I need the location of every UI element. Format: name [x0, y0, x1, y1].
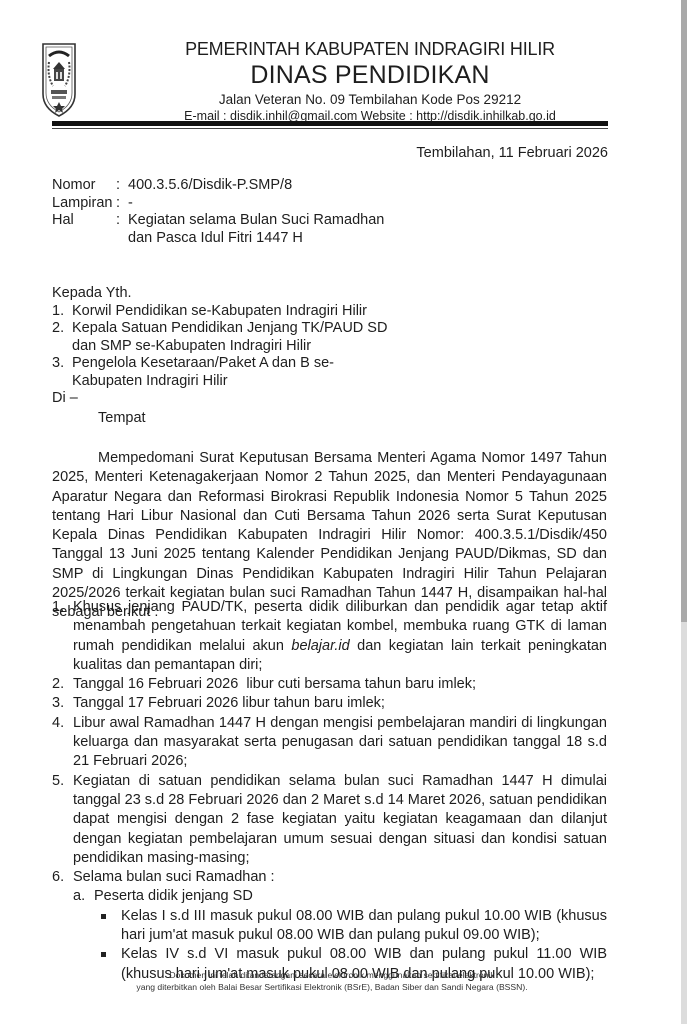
bullet-item: Kelas I s.d III masuk pukul 08.00 WIB da…	[73, 907, 607, 946]
recipient-item: 1. Korwil Pendidikan se-Kabupaten Indrag…	[52, 303, 432, 321]
letter-date: Tembilahan, 11 Februari 2026	[416, 144, 608, 162]
sub-item-letter: a.	[73, 887, 94, 906]
meta-key: Nomor	[52, 177, 116, 195]
sub-item: a. Peserta didik jenjang SD	[73, 887, 607, 906]
e-signature-footer: Dokumen ini telah ditandatangani secara …	[0, 970, 664, 993]
points-list: 1. Khusus jenjang PAUD/TK, peserta didik…	[52, 598, 607, 984]
point-number: 3.	[52, 694, 73, 713]
opening-paragraph-text: Mempedomani Surat Keputusan Bersama Ment…	[52, 449, 607, 623]
meta-separator: :	[116, 212, 128, 247]
point-text: Khusus jenjang PAUD/TK, peserta didik di…	[73, 598, 607, 675]
bullet-text: Kelas I s.d III masuk pukul 08.00 WIB da…	[121, 907, 607, 946]
salutation: Kepada Yth.	[52, 285, 432, 303]
meta-row-attachment: Lampiran : -	[52, 195, 428, 213]
recipient-number: 2.	[52, 320, 72, 355]
opening-paragraph: Mempedomani Surat Keputusan Bersama Ment…	[52, 449, 607, 623]
square-bullet-icon	[97, 907, 121, 946]
agency-address: Jalan Veteran No. 09 Tembilahan Kode Pos…	[120, 91, 620, 108]
point-item: 5. Kegiatan di satuan pendidikan selama …	[52, 772, 607, 868]
document-page: PEMERINTAH KABUPATEN INDRAGIRI HILIR DIN…	[0, 0, 664, 1024]
point-item: 1. Khusus jenjang PAUD/TK, peserta didik…	[52, 598, 607, 675]
subject-line-2: dan Pasca Idul Fitri 1447 H	[128, 230, 303, 246]
point-item: 2. Tanggal 16 Februari 2026 libur cuti b…	[52, 675, 607, 694]
meta-value: -	[128, 195, 428, 213]
point-number: 4.	[52, 714, 73, 772]
di-label: Di –	[52, 390, 432, 408]
letterhead-rule-thick	[52, 121, 608, 126]
recipient-text: Pengelola Kesetaraan/Paket A dan B se-Ka…	[72, 355, 342, 390]
tempat-label: Tempat	[52, 410, 432, 428]
meta-row-subject: Hal : Kegiatan selama Bulan Suci Ramadha…	[52, 212, 428, 247]
belajar-id-text: belajar.id	[291, 638, 349, 654]
meta-key: Hal	[52, 212, 116, 247]
meta-separator: :	[116, 195, 128, 213]
letterhead-rule-thin	[52, 128, 608, 129]
subject-line-1: Kegiatan selama Bulan Suci Ramadhan	[128, 212, 384, 228]
recipients: Kepada Yth. 1. Korwil Pendidikan se-Kabu…	[52, 285, 432, 427]
point-text: Tanggal 17 Februari 2026 libur tahun bar…	[73, 694, 607, 713]
recipient-item: 2. Kepala Satuan Pendidikan Jenjang TK/P…	[52, 320, 432, 355]
scrollbar-thumb[interactable]	[681, 0, 687, 622]
letterhead: PEMERINTAH KABUPATEN INDRAGIRI HILIR DIN…	[120, 38, 620, 124]
meta-value: Kegiatan selama Bulan Suci Ramadhan dan …	[128, 212, 428, 247]
recipient-number: 3.	[52, 355, 72, 390]
recipient-text: Korwil Pendidikan se-Kabupaten Indragiri…	[72, 303, 367, 321]
meta-key: Lampiran	[52, 195, 116, 213]
point-text: Selama bulan suci Ramadhan :	[73, 868, 607, 887]
point-item: 3. Tanggal 17 Februari 2026 libur tahun …	[52, 694, 607, 713]
meta-row-number: Nomor : 400.3.5.6/Disdik-P.SMP/8	[52, 177, 428, 195]
point-text: Libur awal Ramadhan 1447 H dengan mengis…	[73, 714, 607, 772]
agency-name: DINAS PENDIDIKAN	[120, 61, 620, 89]
point-item: 6. Selama bulan suci Ramadhan : a. Peser…	[52, 868, 607, 984]
point-number: 1.	[52, 598, 73, 675]
letter-meta: Nomor : 400.3.5.6/Disdik-P.SMP/8 Lampira…	[52, 177, 428, 247]
point-text: Tanggal 16 Februari 2026 libur cuti bers…	[73, 675, 607, 694]
recipient-number: 1.	[52, 303, 72, 321]
point-number: 2.	[52, 675, 73, 694]
point-text: Kegiatan di satuan pendidikan selama bul…	[73, 772, 607, 868]
sub-item-text: Peserta didik jenjang SD	[94, 887, 253, 906]
meta-value: 400.3.5.6/Disdik-P.SMP/8	[128, 177, 428, 195]
point-item: 4. Libur awal Ramadhan 1447 H dengan men…	[52, 714, 607, 772]
vertical-scrollbar[interactable]	[681, 0, 687, 1024]
regency-coat-of-arms-icon	[40, 42, 78, 118]
government-name: PEMERINTAH KABUPATEN INDRAGIRI HILIR	[120, 38, 620, 60]
point-body: Selama bulan suci Ramadhan : a. Peserta …	[73, 868, 607, 984]
meta-separator: :	[116, 177, 128, 195]
point-number: 5.	[52, 772, 73, 868]
point-number: 6.	[52, 868, 73, 984]
footer-line-1: Dokumen ini telah ditandatangani secara …	[0, 970, 664, 982]
footer-line-2: yang diterbitkan oleh Balai Besar Sertif…	[0, 982, 664, 994]
recipient-item: 3. Pengelola Kesetaraan/Paket A dan B se…	[52, 355, 432, 390]
recipient-text: Kepala Satuan Pendidikan Jenjang TK/PAUD…	[72, 320, 392, 355]
